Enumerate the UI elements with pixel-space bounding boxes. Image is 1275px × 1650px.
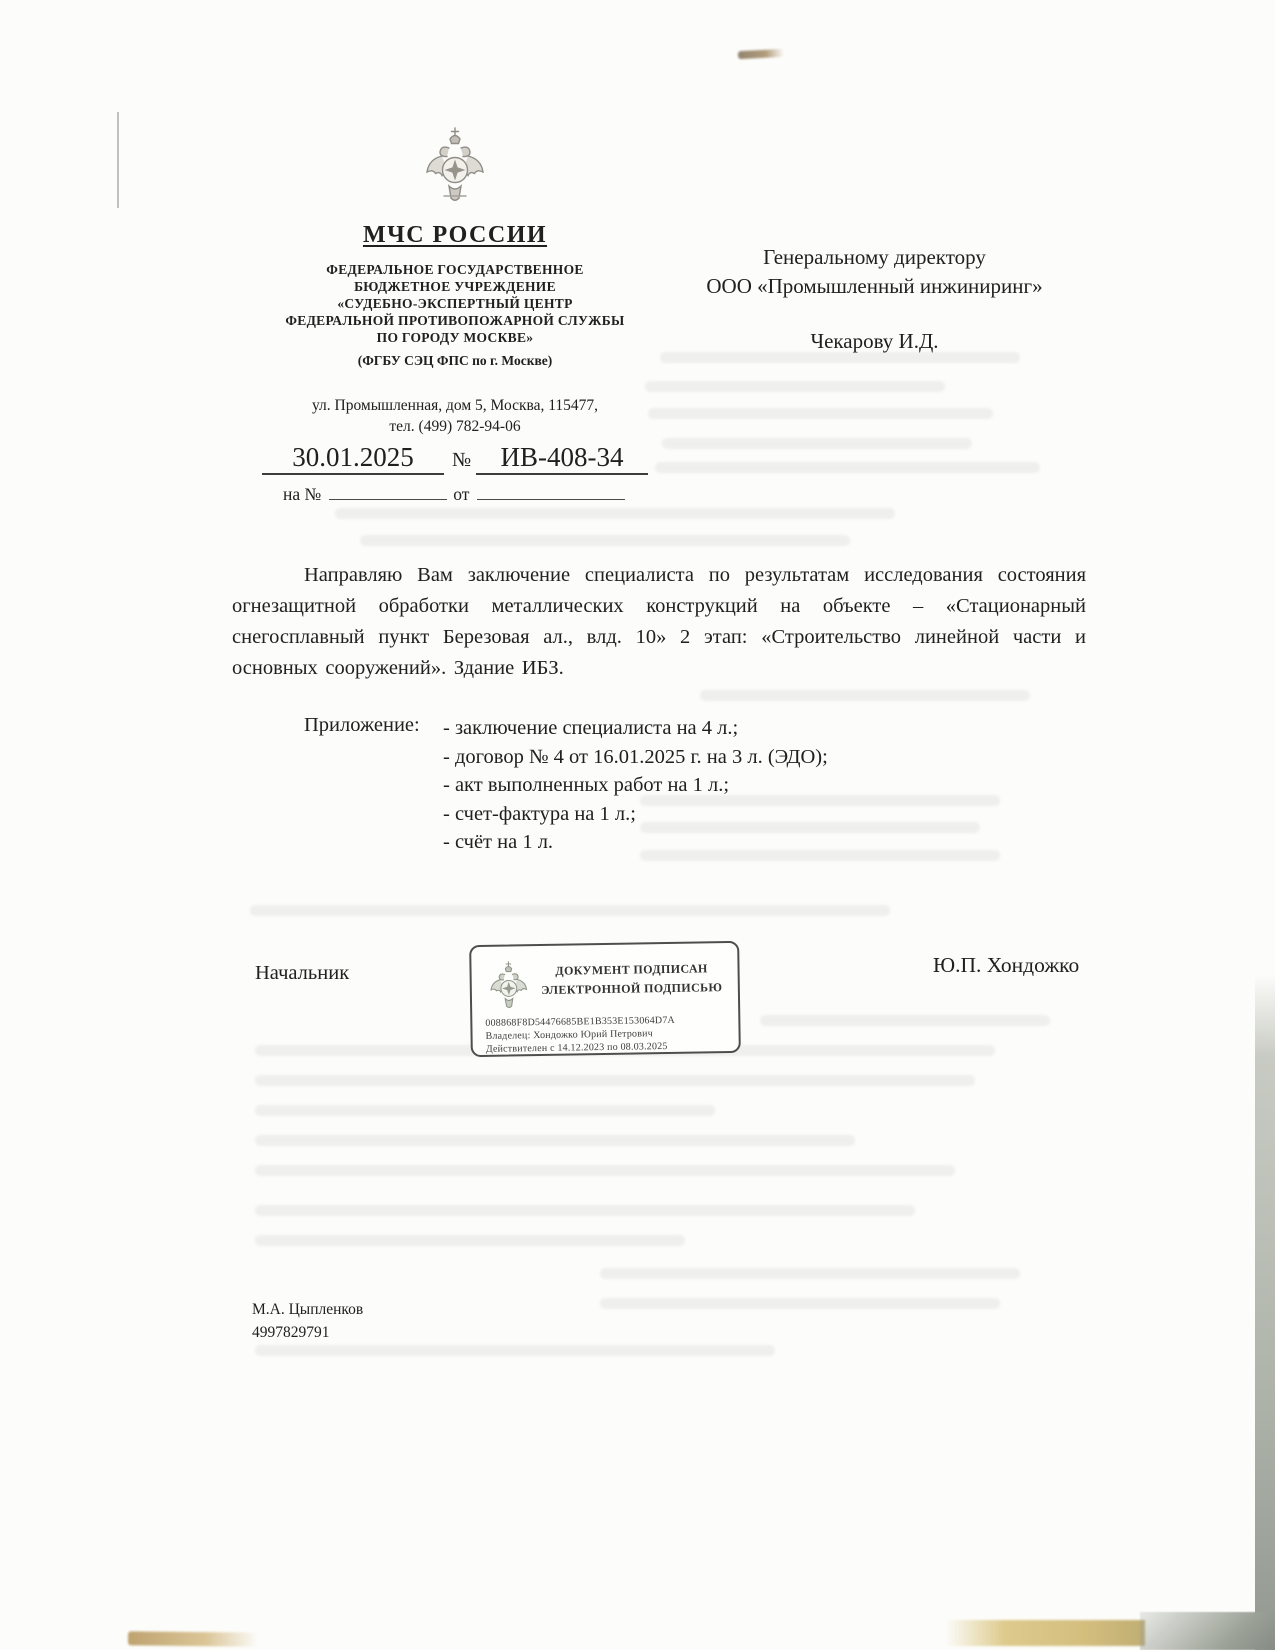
stamp-details: 008868F8D54476685BE1B353E153064D7A Владе… [485, 1013, 732, 1056]
stamp-header-line2: ЭЛЕКТРОННОЙ ПОДПИСЬЮ [536, 978, 728, 1000]
scan-mark-bottom-right [945, 1620, 1145, 1646]
bleed-through-artifact [335, 508, 895, 519]
org-name-line: «СУДЕБНО-ЭКСПЕРТНЫЙ ЦЕНТР [235, 295, 675, 312]
recipient-title: Генеральному директору [652, 243, 1097, 272]
org-name-line: БЮДЖЕТНОЕ УЧРЕЖДЕНИЕ [235, 278, 675, 295]
reply-ref-date-blank [477, 481, 625, 500]
bleed-through-artifact [255, 1345, 775, 1356]
number-sign: № [444, 449, 476, 472]
recipient-block: Генеральному директору ООО «Промышленный… [652, 243, 1097, 356]
sender-phone: тел. (499) 782-94-06 [235, 416, 675, 437]
attachment-item: - договор № 4 от 16.01.2025 г. на 3 л. (… [443, 743, 828, 772]
signer-name: Ю.П. Хондожко [933, 953, 1079, 978]
sender-address: ул. Промышленная, дом 5, Москва, 115477, [235, 395, 675, 416]
sender-address-block: ул. Промышленная, дом 5, Москва, 115477,… [235, 395, 675, 437]
bleed-through-artifact [648, 408, 993, 419]
scan-corner-bottom-right [1140, 1612, 1275, 1650]
bleed-through-artifact [600, 1298, 1000, 1309]
letter-date-number-line: 30.01.2025№ИВ-408-34 [235, 442, 675, 475]
org-name-line: ПО ГОРОДУ МОСКВЕ» [235, 329, 675, 346]
reply-reference-line: на №от [235, 481, 675, 505]
executor-phone: 4997829791 [252, 1321, 363, 1344]
bleed-through-artifact [360, 535, 850, 546]
executor-block: М.А. Цыпленков 4997829791 [252, 1298, 363, 1344]
mchs-emblem-icon [424, 126, 486, 208]
scanned-letter-page: МЧС РОССИИ ФЕДЕРАЛЬНОЕ ГОСУДАРСТВЕННОЕ Б… [0, 0, 1275, 1650]
letterhead: МЧС РОССИИ ФЕДЕРАЛЬНОЕ ГОСУДАРСТВЕННОЕ Б… [235, 126, 675, 505]
scan-mark-bottom-left [128, 1631, 258, 1646]
certificate-validity: Действителен с 14.12.2023 по 08.03.2025 [486, 1039, 732, 1056]
recipient-person: Чекарову И.Д. [652, 327, 1097, 356]
scan-streak-top [108, 56, 668, 77]
letter-body-paragraph: Направляю Вам заключение специалиста по … [232, 560, 1086, 684]
bleed-through-artifact [662, 438, 972, 449]
bleed-through-artifact [255, 1075, 975, 1086]
letter-date: 30.01.2025 [262, 442, 444, 475]
bleed-through-artifact [255, 1105, 715, 1116]
bleed-through-artifact [645, 381, 945, 392]
org-name-line: ФЕДЕРАЛЬНОЙ ПРОТИВОПОЖАРНОЙ СЛУЖБЫ [235, 312, 675, 329]
agency-name: МЧС РОССИИ [235, 222, 675, 249]
attachment-item: - счет-фактура на 1 л.; [443, 800, 828, 829]
bleed-through-artifact [655, 462, 1040, 473]
bleed-through-artifact [600, 1268, 1020, 1279]
digital-signature-stamp: ДОКУМЕНТ ПОДПИСАН ЭЛЕКТРОННОЙ ПОДПИСЬЮ 0… [469, 941, 741, 1057]
bleed-through-artifact [255, 1135, 855, 1146]
recipient-company: ООО «Промышленный инжиниринг» [652, 272, 1097, 301]
bleed-through-artifact [250, 905, 890, 916]
attachment-item: - счёт на 1 л. [443, 828, 828, 857]
stamp-header: ДОКУМЕНТ ПОДПИСАН ЭЛЕКТРОННОЙ ПОДПИСЬЮ [535, 959, 728, 1000]
reply-ref-number-blank [329, 481, 447, 500]
signer-position: Начальник [255, 962, 349, 985]
executor-name: М.А. Цыпленков [252, 1298, 363, 1321]
attachments-list: - заключение специалиста на 4 л.; - дого… [443, 714, 828, 857]
org-short-name: (ФГБУ СЭЦ ФПС по г. Москве) [235, 353, 675, 369]
bleed-through-artifact [255, 1235, 685, 1246]
attachment-item: - акт выполненных работ на 1 л.; [443, 771, 828, 800]
letter-number: ИВ-408-34 [476, 442, 648, 475]
bleed-through-artifact [700, 690, 1030, 701]
attachments-label: Приложение: [304, 714, 420, 737]
org-name: ФЕДЕРАЛЬНОЕ ГОСУДАРСТВЕННОЕ БЮДЖЕТНОЕ УЧ… [235, 261, 675, 346]
reply-ref-from: от [453, 484, 469, 505]
bleed-through-artifact [255, 1205, 915, 1216]
scan-edge-right [1255, 975, 1275, 1650]
bleed-through-artifact [255, 1165, 955, 1176]
attachment-item: - заключение специалиста на 4 л.; [443, 714, 828, 743]
scan-mark-left-edge [117, 112, 119, 208]
stamp-emblem-icon [487, 960, 530, 1013]
bleed-through-artifact [760, 1015, 1050, 1026]
org-name-line: ФЕДЕРАЛЬНОЕ ГОСУДАРСТВЕННОЕ [235, 261, 675, 278]
scan-mark-top-right [738, 49, 784, 59]
reply-ref-prefix: на № [283, 484, 321, 505]
